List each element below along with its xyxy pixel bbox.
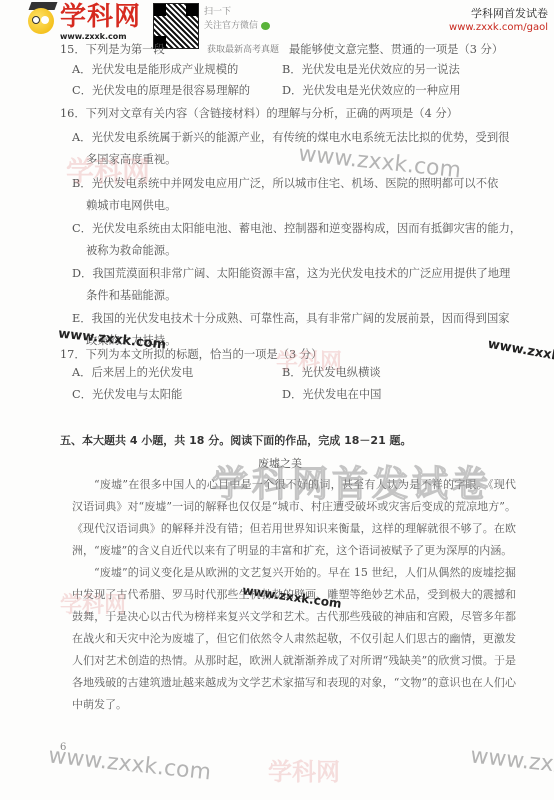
logo-text: 学科网 xyxy=(60,2,141,32)
q15-option-b: B．光伏发电是光伏效应的另一说法 xyxy=(282,62,460,78)
q17-option-b: B．光伏发电纵横谈 xyxy=(282,365,381,381)
q17-option-c: C．光伏发电与太阳能 xyxy=(72,387,182,403)
page-number: 6 xyxy=(60,742,66,753)
header-right: 学科网首发试卷 www.zxxk.com/gaol xyxy=(449,6,548,35)
q17-option-a: A．后来居上的光伏发电 xyxy=(72,365,193,381)
q17-stem: 17．下列为本文所拟的标题，恰当的一项是（3 分） xyxy=(60,347,322,363)
watermark-url: www.zxxk.com xyxy=(469,744,554,786)
q16-option-c-line1: C．光伏发电系统由太阳能电池、蓄电池、控制器和逆变器构成，因而有抵御灾害的能力， xyxy=(72,221,521,237)
wechat-promo: 扫一下 关注官方微信 xyxy=(204,5,270,33)
q15-overlay-text: 获取最新高考真题 xyxy=(207,42,279,58)
q16-option-b-line1: B．光伏发电系统中并网发电应用广泛，所以城市住宅、机场、医院的照明都可以不依 xyxy=(72,176,498,192)
essay-paragraph-2: “废墟”的词义变化是从欧洲的文艺复兴开始的。早在 15 世纪，人们从偶然的废墟挖… xyxy=(72,562,516,716)
q16-option-a-line1: A．光伏发电系统属于新兴的能源产业，有传统的煤电水电系统无法比拟的优势，受到很 xyxy=(72,130,509,146)
wechat-icon xyxy=(261,22,270,30)
q15-stem-end: 最能够使文意完整、贯通的一项是（3 分） xyxy=(289,42,503,58)
q16-option-d-line2: 条件和基础能源。 xyxy=(86,288,176,304)
qr-line-2: 关注官方微信 xyxy=(204,21,258,31)
logo-url: www.zxxk.com xyxy=(60,32,127,41)
q15-option-c: C．光伏发电的原理是很容易理解的 xyxy=(72,83,250,99)
watermark-url: www.zxxk.com xyxy=(487,337,554,371)
q16-option-b-line2: 赖城市电网供电。 xyxy=(86,198,176,214)
q16-option-c-line2: 被称为救命能源。 xyxy=(86,243,176,259)
q16-option-a-line2: 多国家高度重视。 xyxy=(86,152,176,168)
zxxk-logo[interactable]: 学科网 www.zxxk.com xyxy=(28,2,148,42)
q17-option-d: D．光伏发电在中国 xyxy=(282,387,381,403)
mascot-icon xyxy=(28,8,54,34)
qr-line-1: 扫一下 xyxy=(204,5,270,19)
header-title: 学科网首发试卷 xyxy=(449,6,548,21)
exam-page: 学科网 www.zxxk.com 扫一下 关注官方微信 学科网首发试卷 www.… xyxy=(0,0,554,800)
header-url[interactable]: www.zxxk.com/gaol xyxy=(449,21,548,35)
q15-option-d: D．光伏发电是光伏效应的一种应用 xyxy=(282,83,461,99)
essay-paragraph-1: “废墟”在很多中国人的心目中是一个很不好的词，甚至有人认为是不祥的字眼。《现代汉… xyxy=(72,474,516,562)
section5-heading: 五、本大题共 4 小题，共 18 分。阅读下面的作品，完成 18－21 题。 xyxy=(60,433,412,449)
q15-stem-start: 15．下列是为第一段 xyxy=(60,42,165,58)
watermark-logo: 学科网 xyxy=(268,752,340,787)
q16-stem: 16．下列对文章有关内容（含链接材料）的理解与分析，正确的两项是（4 分） xyxy=(60,106,458,122)
q16-option-d-line1: D．我国荒漠面积非常广阔、太阳能资源丰富，这为光伏发电技术的广泛应用提供了地理 xyxy=(72,266,510,282)
q16-option-e-line1: E．我国的光伏发电技术十分成熟、可靠性高，具有非常广阔的发展前景，因而得到国家 xyxy=(72,311,510,327)
essay-title: 废墟之美 xyxy=(258,456,302,472)
q15-option-a: A．光伏发电是能形成产业规模的 xyxy=(72,62,238,78)
watermark-url: www.zxxk.com xyxy=(47,744,212,786)
